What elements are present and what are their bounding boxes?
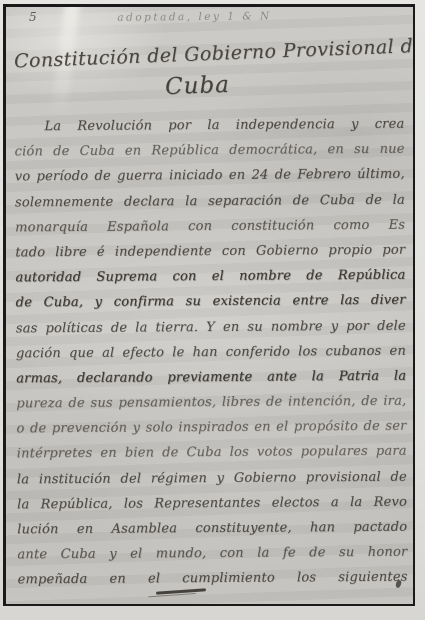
manuscript-line: de Cuba, y confirma su existencia entre … — [16, 288, 406, 316]
manuscript-line: intérpretes en bien de Cuba los votos po… — [17, 439, 407, 467]
manuscript-line: la institución del régimen y Gobierno pr… — [17, 464, 407, 492]
manuscript-line: sas políticas de la tierra. Y en su nomb… — [16, 313, 406, 341]
manuscript-line: pureza de sus pensamientos, libres de in… — [16, 389, 406, 417]
manuscript-line: monarquía Española con constitución como… — [15, 212, 405, 240]
manuscript-line: tado libre é independiente con Gobierno … — [15, 238, 405, 266]
manuscript-line: empeñada en el cumplimiento los siguient… — [17, 565, 407, 593]
manuscript-line: armas, declarando previamente ante la Pa… — [16, 364, 406, 392]
manuscript-line: ante Cuba y el mundo, con la fe de su ho… — [17, 540, 407, 568]
header-annotation: adoptada, ley 1 & N — [6, 9, 383, 25]
manuscript-line: ción de Cuba en República democrática, e… — [15, 137, 405, 165]
manuscript-line: la República, los Representantes electos… — [17, 489, 407, 517]
manuscript-body: La Revolución por la independencia y cre… — [14, 112, 407, 593]
manuscript-line: autoridad Suprema con el nombre de Repúb… — [15, 263, 405, 291]
manuscript-photo: 5 adoptada, ley 1 & N Constitución del G… — [0, 0, 425, 620]
manuscript-line: gación que al efecto le han conferido lo… — [16, 338, 406, 366]
manuscript-line: solemnemente declara la separación de Cu… — [15, 187, 405, 215]
manuscript-line: o de prevención y solo inspirados en el … — [16, 414, 406, 442]
manuscript-line: lución en Asamblea constituyente, han pa… — [17, 515, 407, 543]
manuscript-line: La Revolución por la independencia y cre… — [14, 112, 404, 140]
manuscript-line: vo período de guerra iniciado en 24 de F… — [15, 162, 405, 190]
photo-frame: 5 adoptada, ley 1 & N Constitución del G… — [3, 4, 415, 606]
